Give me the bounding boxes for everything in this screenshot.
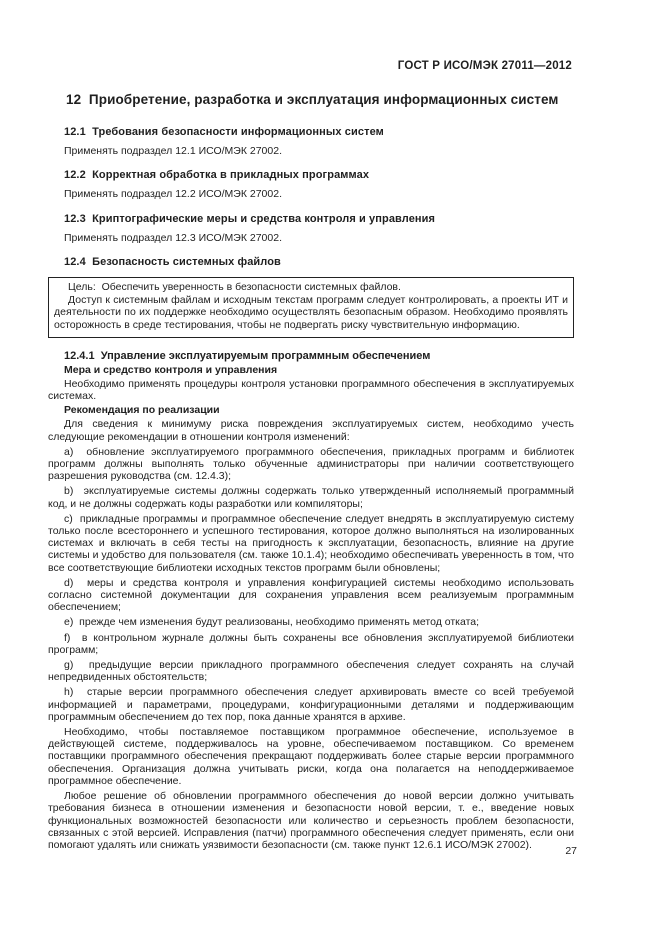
implementation-guidance-heading: Рекомендация по реализации	[48, 404, 574, 416]
control-measure-heading: Мера и средство контроля и управления	[48, 364, 574, 376]
goal-box-description: Доступ к системным файлам и исходным тек…	[54, 294, 568, 332]
document-page: ГОСТ Р ИСО/МЭК 27011—2012 12 Приобретени…	[0, 0, 661, 936]
list-item-c: c) прикладные программы и программное об…	[48, 513, 574, 574]
section-12-4-1-heading: 12.4.1 Управление эксплуатируемым програ…	[48, 350, 574, 362]
page-number: 27	[565, 845, 577, 857]
list-item-f: f) в контрольном журнале должны быть сох…	[48, 632, 574, 656]
section-12-2-heading: 12.2 Корректная обработка в прикладных п…	[48, 169, 574, 181]
list-item-h: h) старые версии программного обеспечени…	[48, 686, 574, 723]
section-12-3-body: Применять подраздел 12.3 ИСО/МЭК 27002.	[48, 232, 574, 244]
section-12-4-heading: 12.4 Безопасность системных файлов	[48, 256, 574, 268]
list-item-a: a) обновление эксплуатируемого программн…	[48, 446, 574, 483]
closing-paragraph-1: Необходимо, чтобы поставляемое поставщик…	[48, 726, 574, 787]
list-item-b: b) эксплуатируемые системы должны содерж…	[48, 485, 574, 509]
implementation-guidance-intro: Для сведения к минимуму риска повреждени…	[48, 418, 574, 442]
section-12-3-heading: 12.3 Криптографические меры и средства к…	[48, 213, 574, 225]
document-header: ГОСТ Р ИСО/МЭК 27011—2012	[48, 60, 572, 72]
page-content: ГОСТ Р ИСО/МЭК 27011—2012 12 Приобретени…	[48, 60, 574, 851]
section-12-1-body: Применять подраздел 12.1 ИСО/МЭК 27002.	[48, 145, 574, 157]
list-item-g: g) предыдущие версии прикладного програм…	[48, 659, 574, 683]
goal-box: Цель: Обеспечить уверенность в безопасно…	[48, 277, 574, 337]
section-12-2-body: Применять подраздел 12.2 ИСО/МЭК 27002.	[48, 188, 574, 200]
control-measure-text: Необходимо применять процедуры контроля …	[48, 378, 574, 402]
goal-box-objective: Цель: Обеспечить уверенность в безопасно…	[54, 281, 568, 294]
section-12-1-heading: 12.1 Требования безопасности информацион…	[48, 126, 574, 138]
section-12-title: 12 Приобретение, разработка и эксплуатац…	[48, 92, 574, 107]
list-item-d: d) меры и средства контроля и управления…	[48, 577, 574, 614]
closing-paragraph-2: Любое решение об обновлении программного…	[48, 790, 574, 851]
list-item-e: e) прежде чем изменения будут реализован…	[48, 616, 574, 628]
